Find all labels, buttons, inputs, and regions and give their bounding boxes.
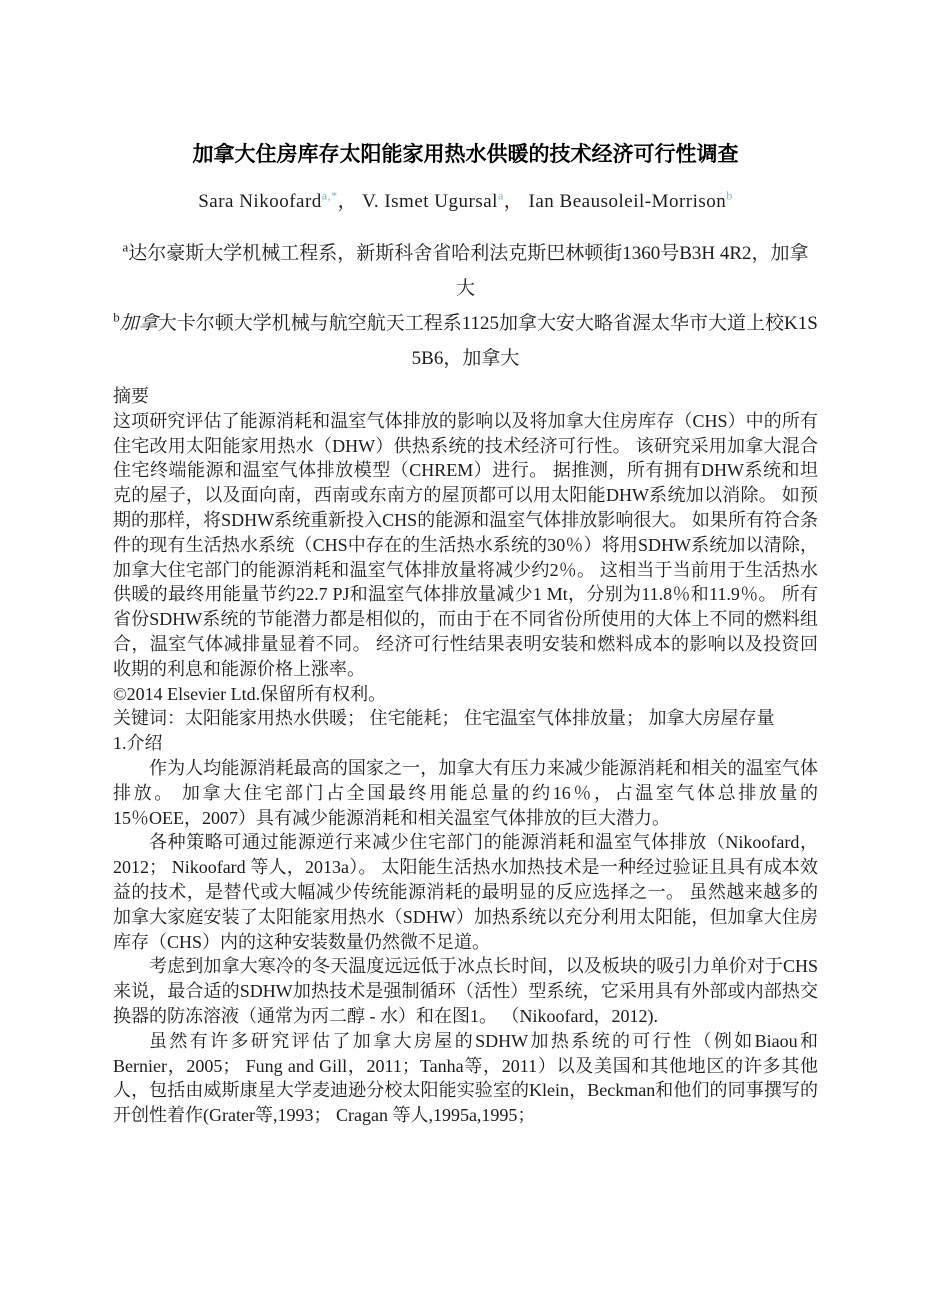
author-3-name: Ian Beausoleil-Morrison bbox=[529, 191, 727, 212]
author-2-name: V. Ismet Ugursal bbox=[362, 191, 498, 212]
introduction-heading: 1.介绍 bbox=[113, 731, 818, 756]
author-line: Sara Nikoofarda,*， V. Ismet Ugursala， Ia… bbox=[113, 186, 818, 218]
intro-paragraph-1: 作为人均能源消耗最高的国家之一，加拿大有压力来减少能源消耗和相关的温室气体排放。… bbox=[113, 756, 818, 830]
affiliation-b-italic-lead: 加拿 bbox=[120, 313, 158, 334]
author-1: Sara Nikoofarda,*， bbox=[198, 191, 357, 212]
affiliation-b: b加拿大卡尔顿大学机械与航空航天工程系1125加拿大安大略省渥太华市大道上校K1… bbox=[113, 306, 818, 376]
intro-paragraph-3: 考虑到加拿大寒冷的冬天温度远远低于冰点长时间，以及板块的吸引力单价对于CHS来说… bbox=[113, 954, 818, 1028]
intro-paragraph-4: 虽然有许多研究评估了加拿大房屋的SDHW加热系统的可行性（例如Biaou和Ber… bbox=[113, 1029, 818, 1128]
document-page: 加拿大住房库存太阳能家用热水供暖的技术经济可行性调查 Sara Nikoofar… bbox=[0, 0, 926, 1309]
affiliation-a: a达尔豪斯大学机械工程系，新斯科舍省哈利法克斯巴林顿街1360号B3H 4R2，… bbox=[113, 236, 818, 306]
author-1-name: Sara Nikoofard bbox=[198, 191, 322, 212]
copyright-line: ©2014 Elsevier Ltd.保留所有权利。 bbox=[113, 682, 818, 707]
author-1-affiliation-sup: a,* bbox=[322, 189, 338, 203]
paper-title: 加拿大住房库存太阳能家用热水供暖的技术经济可行性调查 bbox=[113, 140, 818, 170]
abstract-body: 这项研究评估了能源消耗和温室气体排放的影响以及将加拿大住房库存（CHS）中的所有… bbox=[113, 409, 818, 682]
keywords-line: 关键词：太阳能家用热水供暖； 住宅能耗； 住宅温室气体排放量； 加拿大房屋存量 bbox=[113, 706, 818, 731]
affiliation-a-text: 达尔豪斯大学机械工程系，新斯科舍省哈利法克斯巴林顿街1360号B3H 4R2，加… bbox=[128, 243, 808, 299]
abstract-heading: 摘要 bbox=[113, 384, 818, 409]
abstract-section: 摘要 这项研究评估了能源消耗和温室气体排放的影响以及将加拿大住房库存（CHS）中… bbox=[113, 384, 818, 731]
author-separator: ， bbox=[338, 191, 358, 212]
affiliation-b-text: 大卡尔顿大学机械与航空航天工程系1125加拿大安大略省渥太华市大道上校K1S 5… bbox=[158, 313, 818, 369]
author-3: Ian Beausoleil-Morrisonb bbox=[529, 191, 733, 212]
intro-paragraph-2: 各种策略可通过能源逆行来减少住宅部门的能源消耗和温室气体排放（Nikoofard… bbox=[113, 830, 818, 954]
author-2: V. Ismet Ugursala， bbox=[362, 191, 523, 212]
introduction-section: 1.介绍 作为人均能源消耗最高的国家之一，加拿大有压力来减少能源消耗和相关的温室… bbox=[113, 731, 818, 1128]
author-3-affiliation-sup: b bbox=[726, 189, 733, 203]
author-separator: ， bbox=[504, 191, 524, 212]
